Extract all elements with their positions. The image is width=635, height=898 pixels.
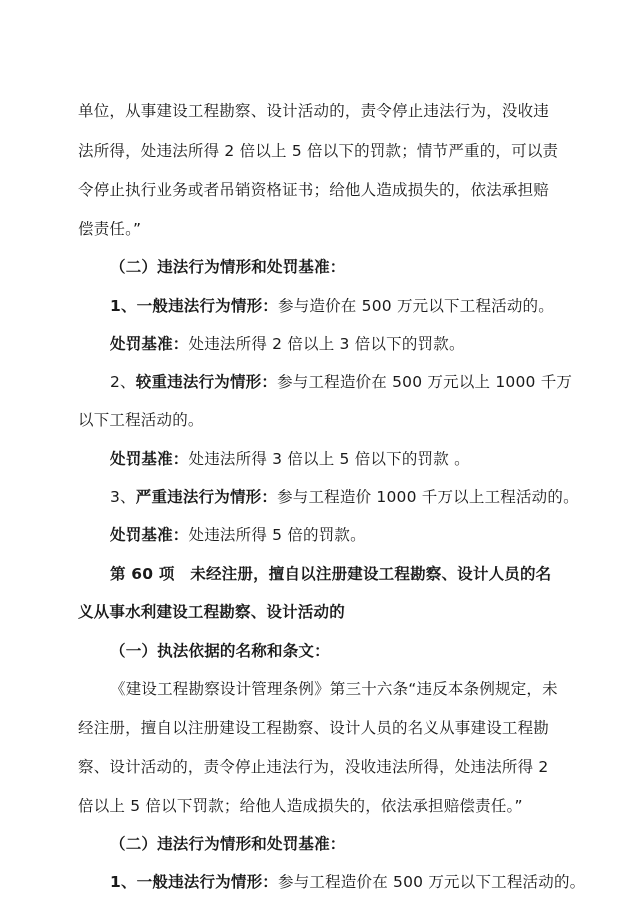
penalty-basis-line: 处罚基准：处违法所得 3 倍以上 5 倍以下的罚款 。: [110, 449, 594, 469]
body-text-line: 经注册，擅自以注册建设工程勘察、设计人员的名义从事建设工程勘: [78, 718, 562, 738]
body-text: 参与工程造价在 500 万元以上 1000 千万: [277, 373, 572, 391]
body-text-line: 令停止执行业务或者吊销资格证书；给他人造成损失的，依法承担赔: [78, 180, 562, 200]
item-prefix: 2、: [110, 373, 136, 391]
label-bold: 1、一般违法行为情形：: [110, 297, 278, 315]
body-text: 参与造价在 500 万元以下工程活动的。: [278, 297, 554, 315]
item-60-title-cont: 义从事水利建设工程勘察、设计活动的: [78, 602, 562, 622]
label-bold: 1、一般违法行为情形：: [110, 873, 278, 891]
label-bold: 较重违法行为情形：: [136, 373, 277, 391]
body-text: 处违法所得 3 倍以上 5 倍以下的罚款 。: [189, 450, 470, 468]
penalty-basis-line: 处罚基准：处违法所得 2 倍以上 3 倍以下的罚款。: [110, 334, 594, 354]
body-text: 参与工程造价在 500 万元以下工程活动的。: [278, 873, 585, 891]
body-text: 处违法所得 2 倍以上 3 倍以下的罚款。: [189, 335, 465, 353]
section-heading-penalty-criteria: （二）违法行为情形和处罚基准：: [110, 834, 594, 854]
body-text-line: 偿责任。”: [78, 219, 562, 239]
serious-violation-line: 2、较重违法行为情形：参与工程造价在 500 万元以上 1000 千万: [110, 372, 594, 392]
label-bold: 处罚基准：: [110, 450, 189, 468]
label-bold: 处罚基准：: [110, 335, 189, 353]
item-prefix: 3、: [110, 488, 136, 506]
severe-violation-line: 3、严重违法行为情形：参与工程造价 1000 千万以上工程活动的。: [110, 487, 594, 507]
body-text-line: 察、设计活动的，责令停止违法行为，没收违法所得，处违法所得 2: [78, 757, 562, 777]
label-bold: 处罚基准：: [110, 526, 189, 544]
section-heading-legal-basis: （一）执法依据的名称和条文：: [110, 641, 594, 661]
section-heading-penalty-criteria: （二）违法行为情形和处罚基准：: [110, 257, 594, 277]
body-text: 处违法所得 5 倍的罚款。: [189, 526, 366, 544]
body-text: 参与工程造价 1000 千万以上工程活动的。: [277, 488, 579, 506]
body-text-line: 倍以上 5 倍以下罚款；给他人造成损失的，依法承担赔偿责任。”: [78, 796, 562, 816]
general-violation-line: 1、一般违法行为情形：参与造价在 500 万元以下工程活动的。: [110, 296, 594, 316]
penalty-basis-line: 处罚基准：处违法所得 5 倍的罚款。: [110, 525, 594, 545]
general-violation-line: 1、一般违法行为情形：参与工程造价在 500 万元以下工程活动的。: [110, 872, 594, 892]
body-text-line: 以下工程活动的。: [78, 410, 562, 430]
document-page: 单位，从事建设工程勘察、设计活动的，责令停止违法行为，没收违 法所得，处违法所得…: [0, 0, 635, 898]
body-text-line: 《建设工程勘察设计管理条例》第三十六条“违反本条例规定，未: [110, 679, 594, 699]
item-60-title: 第 60 项 未经注册，擅自以注册建设工程勘察、设计人员的名: [110, 564, 594, 584]
body-text-line: 单位，从事建设工程勘察、设计活动的，责令停止违法行为，没收违: [78, 101, 562, 121]
label-bold: 严重违法行为情形：: [136, 488, 277, 506]
body-text-line: 法所得，处违法所得 2 倍以上 5 倍以下的罚款；情节严重的，可以责: [78, 141, 562, 161]
